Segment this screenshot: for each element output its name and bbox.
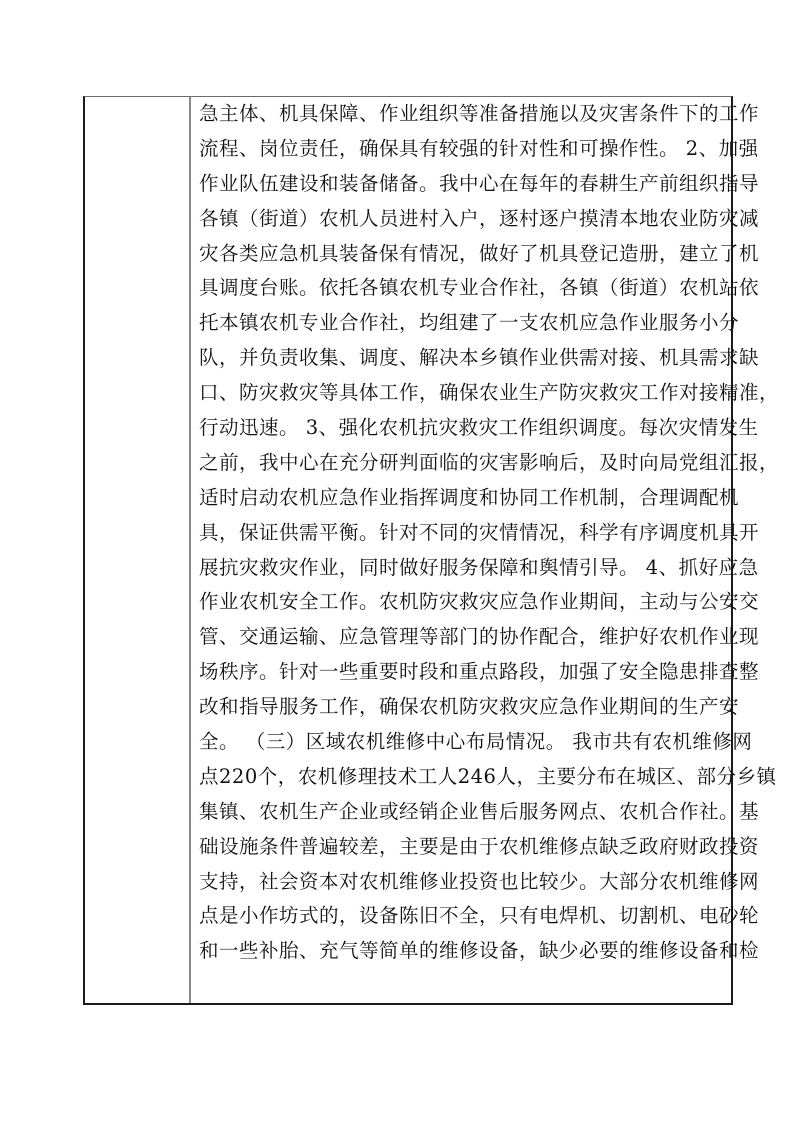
text-line: 展抗灾救灾作业，同时做好服务保障和舆情引导。 4、抓好应急 [199, 551, 729, 586]
body-text: 急主体、机具保障、作业组织等准备措施以及灾害条件下的工作 流程、岗位责任，确保具… [199, 97, 729, 969]
document-table: 急主体、机具保障、作业组织等准备措施以及灾害条件下的工作 流程、岗位责任，确保具… [83, 96, 733, 1005]
text-line: 作业农机安全工作。农机防灾救灾应急作业期间，主动与公安交 [199, 585, 729, 620]
text-line: 作业队伍建设和装备储备。我中心在每年的春耕生产前组织指导 [199, 167, 729, 202]
text-line: 点是小作坊式的，设备陈旧不全，只有电焊机、切割机、电砂轮 [199, 899, 729, 934]
text-line: 场秩序。针对一些重要时段和重点路段，加强了安全隐患排查整 [199, 655, 729, 690]
text-line: 全。 （三）区域农机维修中心布局情况。 我市共有农机维修网 [199, 725, 729, 760]
text-line: 之前，我中心在充分研判面临的灾害影响后，及时向局党组汇报， [199, 446, 729, 481]
table-content-cell: 急主体、机具保障、作业组织等准备措施以及灾害条件下的工作 流程、岗位责任，确保具… [191, 97, 731, 1003]
text-line: 点220个，农机修理技术工人246人，主要分布在城区、部分乡镇 [199, 760, 729, 795]
text-line: 支持，社会资本对农机维修业投资也比较少。大部分农机维修网 [199, 865, 729, 900]
text-line: 口、防灾救灾等具体工作，确保农业生产防灾救灾工作对接精准， [199, 376, 729, 411]
text-line: 础设施条件普遍较差，主要是由于农机维修点缺乏政府财政投资 [199, 830, 729, 865]
text-line: 各镇（街道）农机人员进村入户，逐村逐户摸清本地农业防灾减 [199, 202, 729, 237]
text-line: 队，并负责收集、调度、解决本乡镇作业供需对接、机具需求缺 [199, 341, 729, 376]
text-line: 和一些补胎、充气等简单的维修设备，缺少必要的维修设备和检 [199, 934, 729, 969]
text-line: 具，保证供需平衡。针对不同的灾情情况，科学有序调度机具开 [199, 516, 729, 551]
text-line: 管、交通运输、应急管理等部门的协作配合，维护好农机作业现 [199, 620, 729, 655]
text-line: 灾各类应急机具装备保有情况，做好了机具登记造册，建立了机 [199, 237, 729, 272]
text-line: 流程、岗位责任，确保具有较强的针对性和可操作性。 2、加强 [199, 132, 729, 167]
text-line: 行动迅速。 3、强化农机抗灾救灾工作组织调度。每次灾情发生 [199, 411, 729, 446]
table-label-cell [85, 97, 191, 1003]
text-line: 托本镇农机专业合作社，均组建了一支农机应急作业服务小分 [199, 306, 729, 341]
text-line: 具调度台账。依托各镇农机专业合作社，各镇（街道）农机站依 [199, 271, 729, 306]
text-line: 改和指导服务工作，确保农机防灾救灾应急作业期间的生产安 [199, 690, 729, 725]
text-line: 适时启动农机应急作业指挥调度和协同工作机制，合理调配机 [199, 481, 729, 516]
text-line: 急主体、机具保障、作业组织等准备措施以及灾害条件下的工作 [199, 97, 729, 132]
text-line: 集镇、农机生产企业或经销企业售后服务网点、农机合作社。基 [199, 795, 729, 830]
